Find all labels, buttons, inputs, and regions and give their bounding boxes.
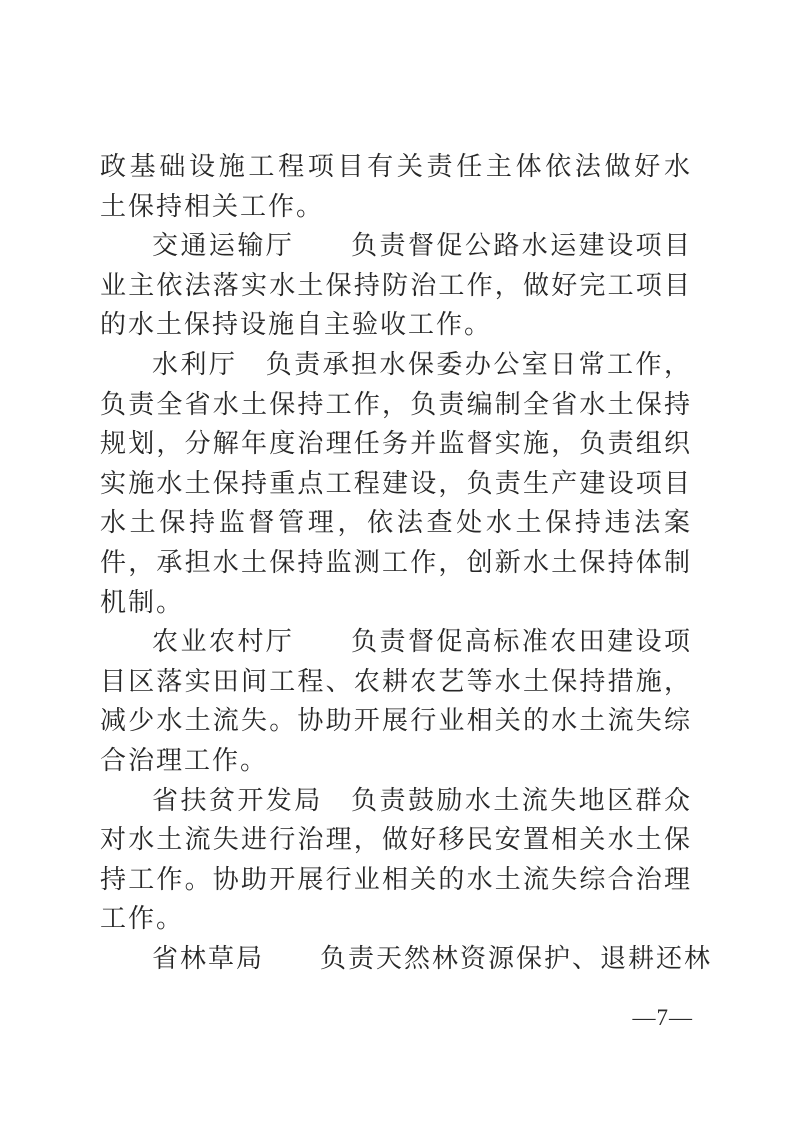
text-line: 业主依法落实水土保持防治工作，做好完工项目 — [100, 266, 692, 306]
text-line: 持工作。协助开展行业相关的水土流失综合治理 — [100, 860, 692, 900]
text-line: 机制。 — [100, 583, 692, 623]
paragraph-continuation: 政基础设施工程项目有关责任主体依法做好水 土保持相关工作。 — [100, 147, 692, 226]
paragraph-transport-department: 交通运输厅 负责督促公路水运建设项目 业主依法落实水土保持防治工作，做好完工项目… — [100, 226, 692, 345]
document-page: 政基础设施工程项目有关责任主体依法做好水 土保持相关工作。 交通运输厅 负责督促… — [0, 0, 793, 1122]
text-line: 土保持相关工作。 — [100, 187, 692, 227]
paragraph-agriculture-rural-department: 农业农村厅 负责督促高标准农田建设项 目区落实田间工程、农耕农艺等水土保持措施，… — [100, 622, 692, 780]
text-line: 工作。 — [100, 899, 692, 939]
text-line: 农业农村厅 负责督促高标准农田建设项 — [100, 622, 692, 662]
text-line: 交通运输厅 负责督促公路水运建设项目 — [100, 226, 692, 266]
text-line: 对水土流失进行治理，做好移民安置相关水土保 — [100, 820, 692, 860]
text-line: 负责全省水土保持工作，负责编制全省水土保持 — [100, 385, 692, 425]
page-number: —7— — [633, 1003, 694, 1033]
text-line: 目区落实田间工程、农耕农艺等水土保持措施， — [100, 662, 692, 702]
text-line: 减少水土流失。协助开展行业相关的水土流失综 — [100, 701, 692, 741]
text-line: 件，承担水土保持监测工作，创新水土保持体制 — [100, 543, 692, 583]
text-line: 水利厅 负责承担水保委办公室日常工作， — [100, 345, 692, 385]
text-line: 水土保持监督管理，依法查处水土保持违法案 — [100, 503, 692, 543]
text-block: 政基础设施工程项目有关责任主体依法做好水 土保持相关工作。 交通运输厅 负责督促… — [100, 147, 692, 978]
text-line: 规划，分解年度治理任务并监督实施，负责组织 — [100, 424, 692, 464]
paragraph-forestry-grassland-bureau: 省林草局 负责天然林资源保护、退耕还林 — [100, 939, 692, 979]
text-line: 省扶贫开发局 负责鼓励水土流失地区群众 — [100, 781, 692, 821]
text-line: 的水土保持设施自主验收工作。 — [100, 305, 692, 345]
text-line: 省林草局 负责天然林资源保护、退耕还林 — [100, 939, 692, 979]
text-line: 实施水土保持重点工程建设，负责生产建设项目 — [100, 464, 692, 504]
paragraph-water-resources-department: 水利厅 负责承担水保委办公室日常工作， 负责全省水土保持工作，负责编制全省水土保… — [100, 345, 692, 622]
paragraph-poverty-alleviation-bureau: 省扶贫开发局 负责鼓励水土流失地区群众 对水土流失进行治理，做好移民安置相关水土… — [100, 781, 692, 939]
text-line: 合治理工作。 — [100, 741, 692, 781]
text-line: 政基础设施工程项目有关责任主体依法做好水 — [100, 147, 692, 187]
